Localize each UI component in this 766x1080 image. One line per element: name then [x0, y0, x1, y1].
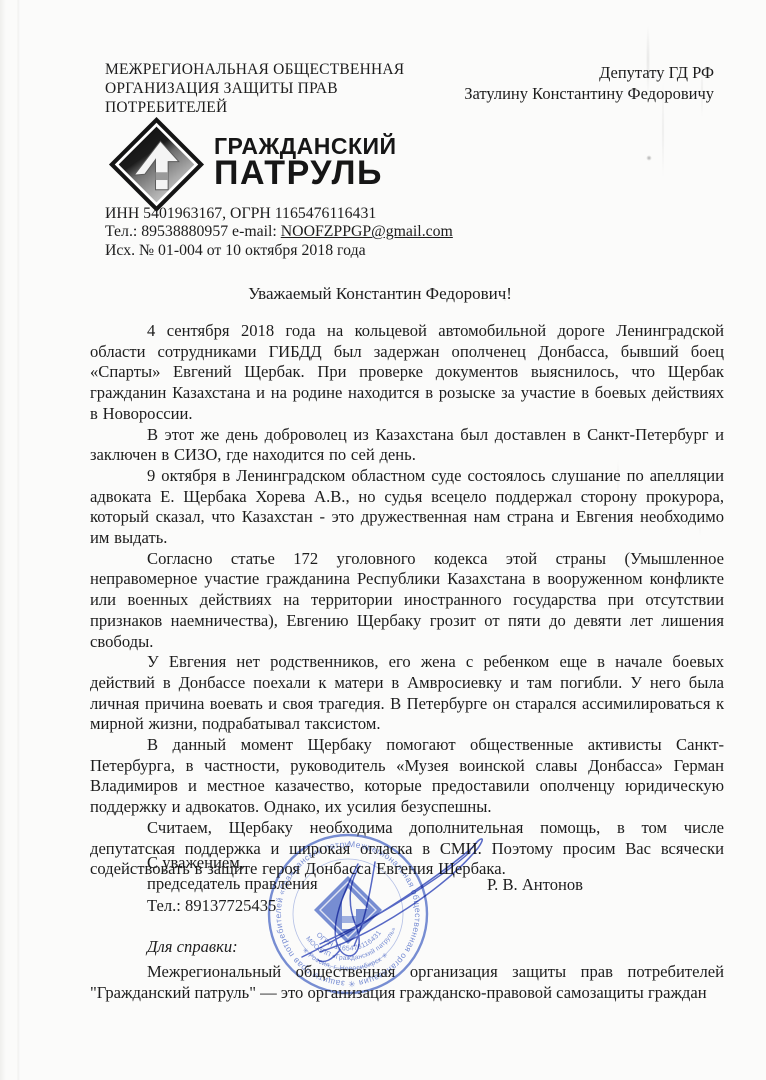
paragraph: Согласно статье 172 уголовного кодекса э… [90, 549, 724, 653]
addressee-block: Депутату ГД РФ Затулину Константину Федо… [374, 62, 714, 104]
addressee-line: Депутату ГД РФ [374, 62, 714, 83]
footnote-block: Для справки: Межрегиональный общественна… [90, 936, 724, 1004]
inn-ogrn-line: ИНН 5401963167, ОГРН 1165476116431 [105, 205, 453, 223]
phone-email-line: Тел.: 89538880957 e-mail: NOOFZPPGP@gmai… [105, 223, 453, 241]
org-logo: ГРАЖДАНСКИЙ ПАТРУЛЬ [108, 116, 397, 213]
contacts-block: ИНН 5401963167, ОГРН 1165476116431 Тел.:… [105, 205, 453, 260]
footnote-label: Для справки: [147, 936, 724, 958]
paragraph: У Евгения нет родственников, его жена с … [90, 652, 724, 735]
footnote-line: "Гражданский патруль" — это организация … [90, 982, 724, 1004]
salutation: Уважаемый Константин Федорович! [90, 284, 670, 304]
addressee-line: Затулину Константину Федоровичу [374, 83, 714, 104]
ref-number-line: Исх. № 01-004 от 10 октября 2018 года [105, 242, 453, 260]
logo-wordmark: ГРАЖДАНСКИЙ ПАТРУЛЬ [214, 135, 397, 189]
paragraph: В этот же день доброволец из Казахстана … [90, 425, 724, 466]
letter-body: 4 сентября 2018 года на кольцевой автомо… [90, 321, 724, 880]
footnote-line: Межрегиональный общественная организация… [90, 961, 724, 983]
paragraph: В данный момент Щербаку помогают обществ… [90, 735, 724, 818]
signer-name: Р. В. Антонов [487, 874, 583, 895]
email-address: NOOFZPPGP@gmail.com [281, 223, 453, 240]
paragraph: 9 октября в Ленинградском областном суде… [90, 466, 724, 549]
scanned-letter-page: МЕЖРЕГИОНАЛЬНАЯ ОБЩЕСТВЕННАЯ ОРГАНИЗАЦИЯ… [0, 0, 766, 1080]
logo-text-line2: ПАТРУЛЬ [214, 157, 397, 189]
paragraph: 4 сентября 2018 года на кольцевой автомо… [90, 321, 724, 425]
diamond-logo-icon [108, 116, 205, 213]
phone-label: Тел.: 89538880957 e-mail: [105, 223, 281, 240]
